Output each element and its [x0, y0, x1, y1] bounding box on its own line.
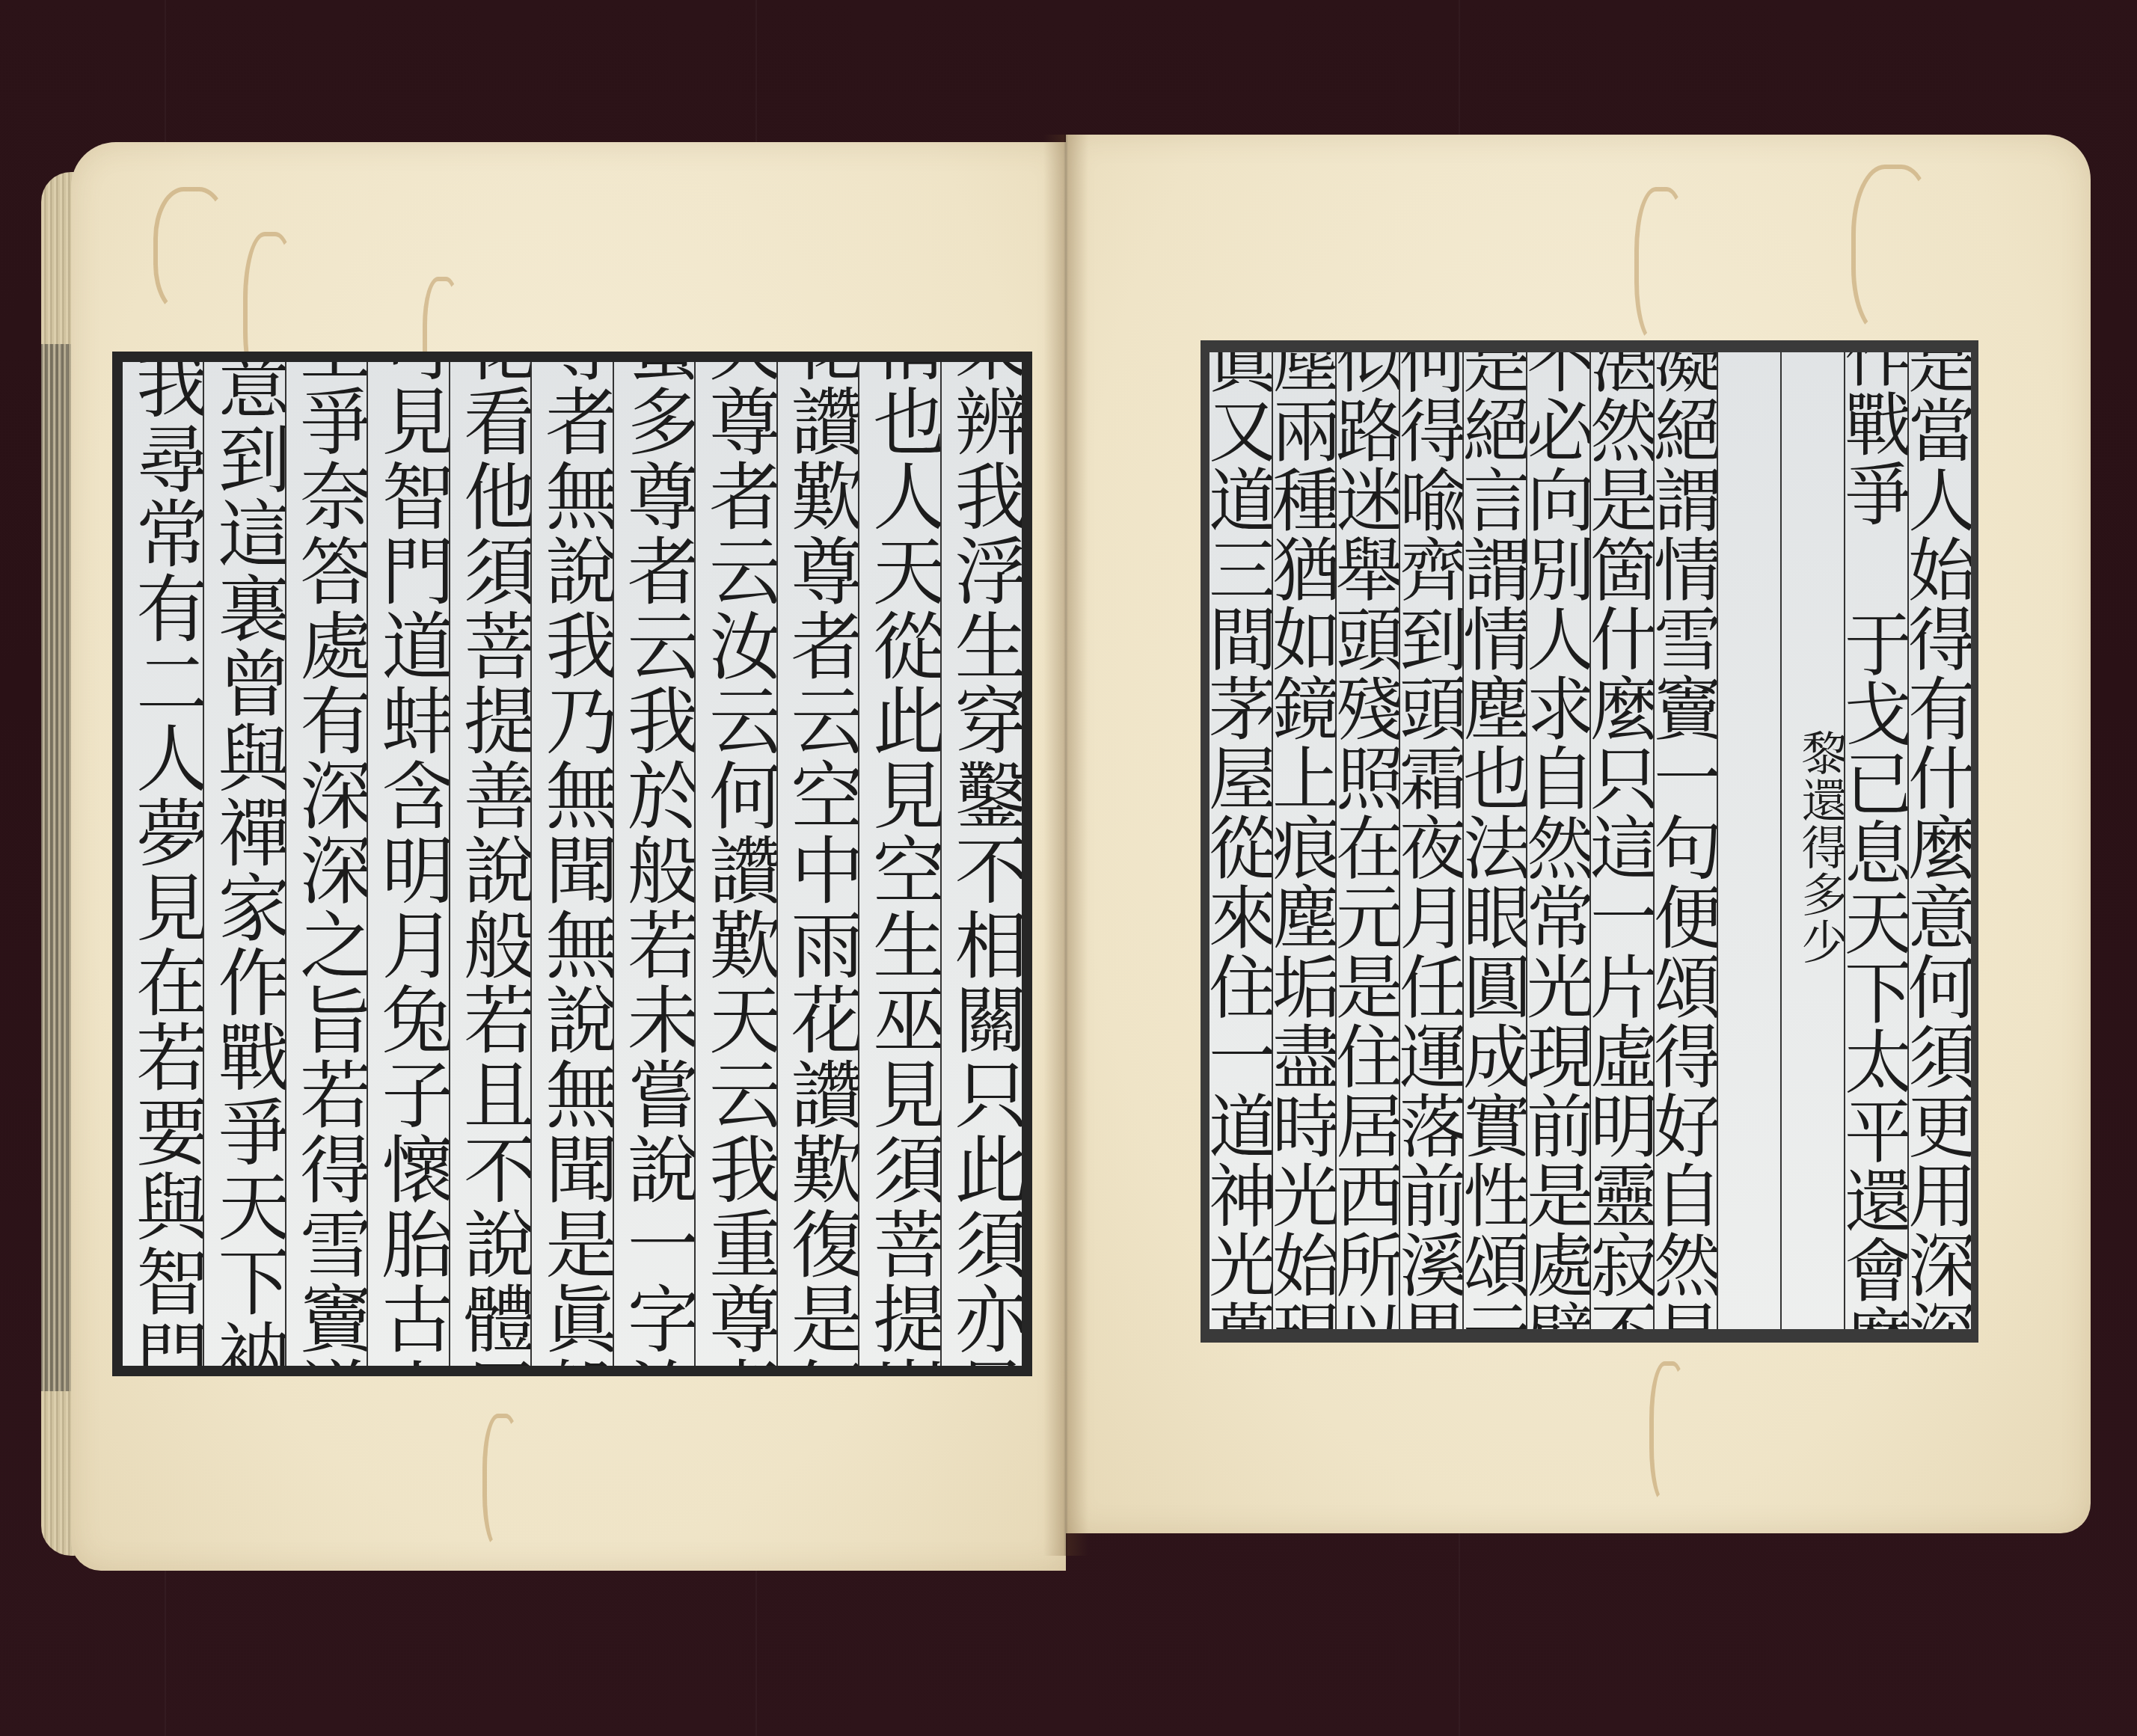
- text-column: 重山遙似路迷舉頭殘照在元是住居西所以道心是: [1335, 352, 1399, 1329]
- text-column: 謂情即是絕言謂情塵也法眼圓成實性頌云理極忘: [1462, 352, 1526, 1329]
- text-column: 黎還得多少: [1780, 352, 1844, 1329]
- text-column: 見得便可見智門道蚌含明月兔子懷胎古人意雖不: [367, 362, 448, 1366]
- text-column: 上討也不必向別人求自然常光現前是處壁立千仞: [1526, 352, 1589, 1329]
- left-text-columns: 把是非來辨我浮生穿鑿不相關只此須亦見一片虛 凝絕謂情也人天從此見空生巫見須菩提巖…: [123, 362, 1022, 1366]
- text-column: 浩地商量我尋常有二人夢見在若要與智門雪竇同參: [123, 362, 203, 1366]
- text-column: 動地雨花看他須菩提善說般若且不說體用若於此: [449, 362, 530, 1366]
- text-column: 兔深深意到這裏曾與禪家作戰爭天下衲子鬧浩: [203, 362, 284, 1366]
- text-column: 意六根湛然是箇什麼只這一片虛明靈寂不消去天: [1589, 352, 1653, 1329]
- text-column: 在言句上爭奈答處有深深之旨若得雪竇道蚌含玄: [285, 362, 367, 1366]
- text-column: 把是非來辨我浮生穿鑿不相關只此須亦見一片虛: [940, 362, 1022, 1366]
- text-column: 若波羅蜜多尊者云我於般若未嘗說一字汝云何讚: [613, 362, 694, 1366]
- text-column: 凝絕謂情也人天從此見空生巫見須菩提巖中宴坐: [858, 362, 939, 1366]
- text-column: 與禪家作戰爭 于戈已息天下太平還會麼打云闍: [1844, 352, 1907, 1329]
- right-text-columns: 意也須是當人始得有什麼意何須更用深深意雪竇 與禪家作戰爭 于戈已息天下太平還會麼…: [1209, 352, 1971, 1329]
- book-gutter: [1043, 135, 1088, 1556]
- wormhole-damage: [1634, 187, 1688, 346]
- text-column: 情謂如何得喩齊到頭霜夜月任運落前溪果熟兼猿: [1399, 352, 1462, 1329]
- wormhole-damage: [1851, 165, 1935, 338]
- left-print-block: 把是非來辨我浮生穿鑿不相關只此須亦見一片虛 凝絕謂情也人天從此見空生巫見須菩提巖…: [112, 352, 1032, 1376]
- text-column: 我是梵天尊者云汝云何讚歎天云我重尊者善說般: [694, 362, 776, 1366]
- blank-column: [1717, 352, 1780, 1329]
- text-column: 忘性即眞又道三間茅屋從來住一道神光萬境閑莫: [1209, 352, 1272, 1329]
- wormhole-damage: [1649, 1361, 1688, 1505]
- wormhole-damage: [482, 1414, 521, 1550]
- right-print-block: 意也須是當人始得有什麼意何須更用深深意雪竇 與禪家作戰爭 于戈已息天下太平還會麼…: [1201, 340, 1978, 1343]
- text-column: 一片虛凝絕謂情雪竇一句便頌得好自然見得古人: [1653, 352, 1717, 1329]
- wormhole-damage: [153, 187, 230, 316]
- text-column: 歎天云尊者無說我乃無聞無說無聞是眞般若又復: [530, 362, 612, 1366]
- text-column: 根法是塵兩種猶如鏡上痕塵垢盡時光始現心法雙: [1272, 352, 1335, 1329]
- text-column: 意也須是當人始得有什麼意何須更用深深意雪竇: [1907, 352, 1971, 1329]
- text-column: 諸天雨花讚歎尊者云空中雨花讚歎復是何人天云: [776, 362, 858, 1366]
